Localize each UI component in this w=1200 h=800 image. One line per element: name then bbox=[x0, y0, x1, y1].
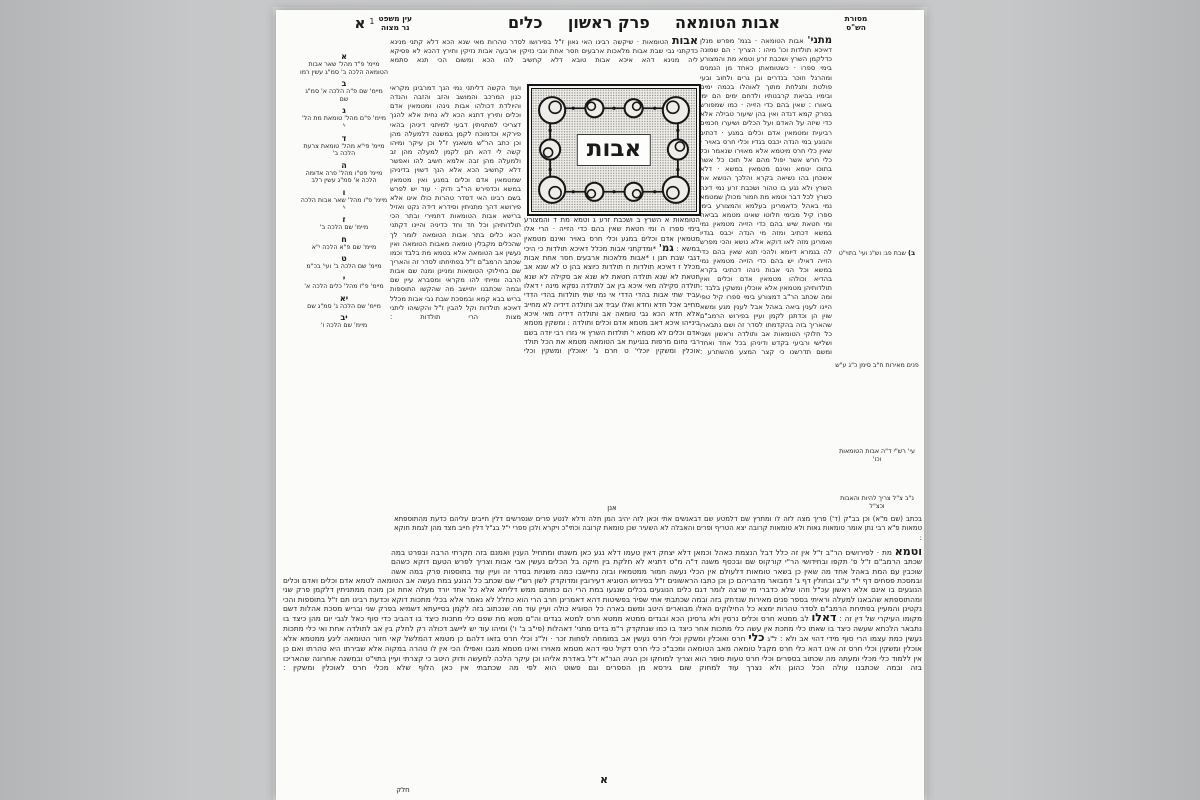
ein-mishpat-column: א מיימ' פ"ד מהל' שאר אבות הטומאה הלכה ב'… bbox=[300, 52, 388, 566]
ein-mishpat-entry: א מיימ' פ"ד מהל' שאר אבות הטומאה הלכה ב'… bbox=[300, 52, 388, 76]
girsa-marker: ל"ג bbox=[767, 635, 777, 643]
catchword: חלק bbox=[388, 786, 418, 794]
entry-reference: מיימ' שם הלכה ב' bbox=[300, 224, 388, 232]
entry-letter: י bbox=[300, 274, 388, 283]
entry-letter: ז bbox=[300, 215, 388, 224]
left-commentary-lead-word: אבות bbox=[672, 36, 698, 47]
folio-letter: א bbox=[354, 15, 365, 31]
masechet-opening-word: אבות bbox=[577, 134, 651, 166]
ein-mishpat-entry: ו מיימ' פ"ו מהל' שאר אבות הלכה י' bbox=[300, 188, 388, 212]
entry-letter: יא bbox=[300, 294, 388, 303]
entry-reference: מיימ' פי"א מהל' טומאת צרעת הלכה ב' bbox=[300, 143, 388, 158]
ein-mishpat-header: עין משפט נר מצוה bbox=[378, 15, 412, 32]
entry-reference: מיימ' שם פ"א הלכה י"א bbox=[300, 244, 388, 252]
bottom-commentary: וטמא מת · לפירושים הר"ב ז"ל אין זה כלל ד… bbox=[283, 547, 922, 777]
folio-number: 1 bbox=[369, 15, 374, 29]
title-box-stipple-frame: אבות bbox=[531, 88, 697, 212]
talmud-page: עין משפט נר מצוה 1 א אבות הטומאה פרק ראש… bbox=[276, 10, 924, 800]
entry-reference: מיימ' פט"ו מהל' פרה אדומה הלכה א' סמ"ג ע… bbox=[300, 170, 388, 185]
entry-letter: ח bbox=[300, 235, 388, 244]
ein-mishpat-entry: ג מיימ' פ"ם מהל' טומאת מת הל' י' bbox=[300, 106, 388, 130]
ein-mishpat-entry: יא מיימ' שם הלכה ג' סמ"ג שם bbox=[300, 294, 388, 311]
entry-reference: מיימ' פ"ו מהל' שאר אבות הלכה י' bbox=[300, 197, 388, 212]
ein-mishpat-entry: יב מיימ' שם הלכה ו' bbox=[300, 313, 388, 330]
margin-wrap-spacer bbox=[283, 547, 391, 567]
left-commentary-opening: אבות הטומאות · שיקשה רבינו האי גאון ז"ל … bbox=[390, 36, 698, 83]
bottom-lead-deilu: דאלו bbox=[812, 611, 837, 624]
entry-letter: יב bbox=[300, 313, 388, 322]
gemara-last-word: אנן bbox=[524, 504, 700, 515]
entry-letter: ה bbox=[300, 161, 388, 170]
left-commentary-opening-text: הטומאות · שיקשה רבינו האי גאון ז"ל בפירו… bbox=[390, 38, 698, 64]
ein-mishpat-entry: ז מיימ' שם הלכה ב' bbox=[300, 215, 388, 232]
right-commentary-column: מתני' אבות הטומאה · בגמ' מפרש מנלן דאיכא… bbox=[700, 36, 832, 500]
masoret-note-2: פנים מאירות ח"ב סימן כ"ג ע"ש bbox=[835, 362, 919, 392]
title-chapter: פרק ראשון bbox=[568, 13, 650, 35]
left-commentary-column: ועוד הקשה דליתני נמי הנך דמרבינן מקראי כ… bbox=[390, 84, 521, 516]
gemara-text: *ומדקתני אבות מכלל דאיכא תולדות כי היכי … bbox=[524, 245, 700, 355]
masoret-note-1: ב) שבת פג: וש"נ ועי' בתוי"ט bbox=[835, 250, 919, 286]
entry-reference: מיימ' שם הלכה ב' ועי' בכ"מ bbox=[300, 263, 388, 271]
ein-mishpat-entry: י מיימ' פ"ז מהל' כלים הלכה א' bbox=[300, 274, 388, 291]
entry-letter: ט bbox=[300, 254, 388, 263]
page-title: אבות הטומאה פרק ראשון כלים bbox=[508, 13, 780, 35]
entry-letter: ב bbox=[300, 79, 388, 88]
masoret-note-3: עי' רש"י ד"ה אבות הטומאות וכו' bbox=[835, 448, 919, 476]
entry-letter: ג bbox=[300, 106, 388, 115]
masoret-note-label: ב) bbox=[908, 250, 915, 257]
entry-letter: ד bbox=[300, 134, 388, 143]
title-masechet: כלים bbox=[508, 13, 543, 35]
masoret-hashas-header: מסורת הש"ס bbox=[833, 15, 879, 32]
right-commentary-text: אבות הטומאה · בגמ' מפרש מנלן דאיכא תולדו… bbox=[700, 37, 832, 356]
entry-reference: מיימ' פ"ד מהל' שאר אבות הטומאה הלכה ב' ס… bbox=[300, 61, 388, 76]
ein-mishpat-entry: ה מיימ' פט"ו מהל' פרה אדומה הלכה א' סמ"ג… bbox=[300, 161, 388, 185]
entry-letter: ו bbox=[300, 188, 388, 197]
entry-reference: מיימ' שם הלכה ג' סמ"ג שם bbox=[300, 303, 388, 311]
entry-reference: מיימ' פ"ם מהל' טומאת מת הל' י' bbox=[300, 115, 388, 130]
bottom-lead-kli: כלי bbox=[748, 631, 764, 644]
entry-letter: א bbox=[300, 52, 388, 61]
mishnah-gemara-column: הטומאות א השרץ ב ושכבת זרע ג וטמא מת ד ו… bbox=[524, 216, 700, 504]
entry-reference: מיימ' פ"ז מהל' כלים הלכה א' bbox=[300, 283, 388, 291]
ein-mishpat-entry: ט מיימ' שם הלכה ב' ועי' בכ"מ bbox=[300, 254, 388, 271]
right-commentary-lead-word: מתני' bbox=[807, 36, 832, 46]
bridge-lines: בכתב (שם מ"א) וכן בב"ק (ד') פריך מצה לזה… bbox=[394, 515, 922, 546]
gemara-lead-word: גמ' bbox=[659, 243, 674, 254]
signature-letter: א bbox=[594, 773, 614, 786]
ein-mishpat-entry: ד מיימ' פי"א מהל' טומאת צרעת הלכה ב' bbox=[300, 134, 388, 158]
ein-mishpat-entry: ב מיימ' שם פ"ה הלכה א' סמ"ג שם bbox=[300, 79, 388, 103]
title-tractate: אבות הטומאה bbox=[675, 13, 780, 35]
decorative-title-box: אבות bbox=[527, 84, 701, 216]
bottom-lead-vetame: וטמא bbox=[895, 547, 922, 558]
entry-reference: מיימ' שם הלכה ו' bbox=[300, 322, 388, 330]
ein-mishpat-entry: ח מיימ' שם פ"א הלכה י"א bbox=[300, 235, 388, 252]
entry-reference: מיימ' שם פ"ה הלכה א' סמ"ג שם bbox=[300, 88, 388, 103]
